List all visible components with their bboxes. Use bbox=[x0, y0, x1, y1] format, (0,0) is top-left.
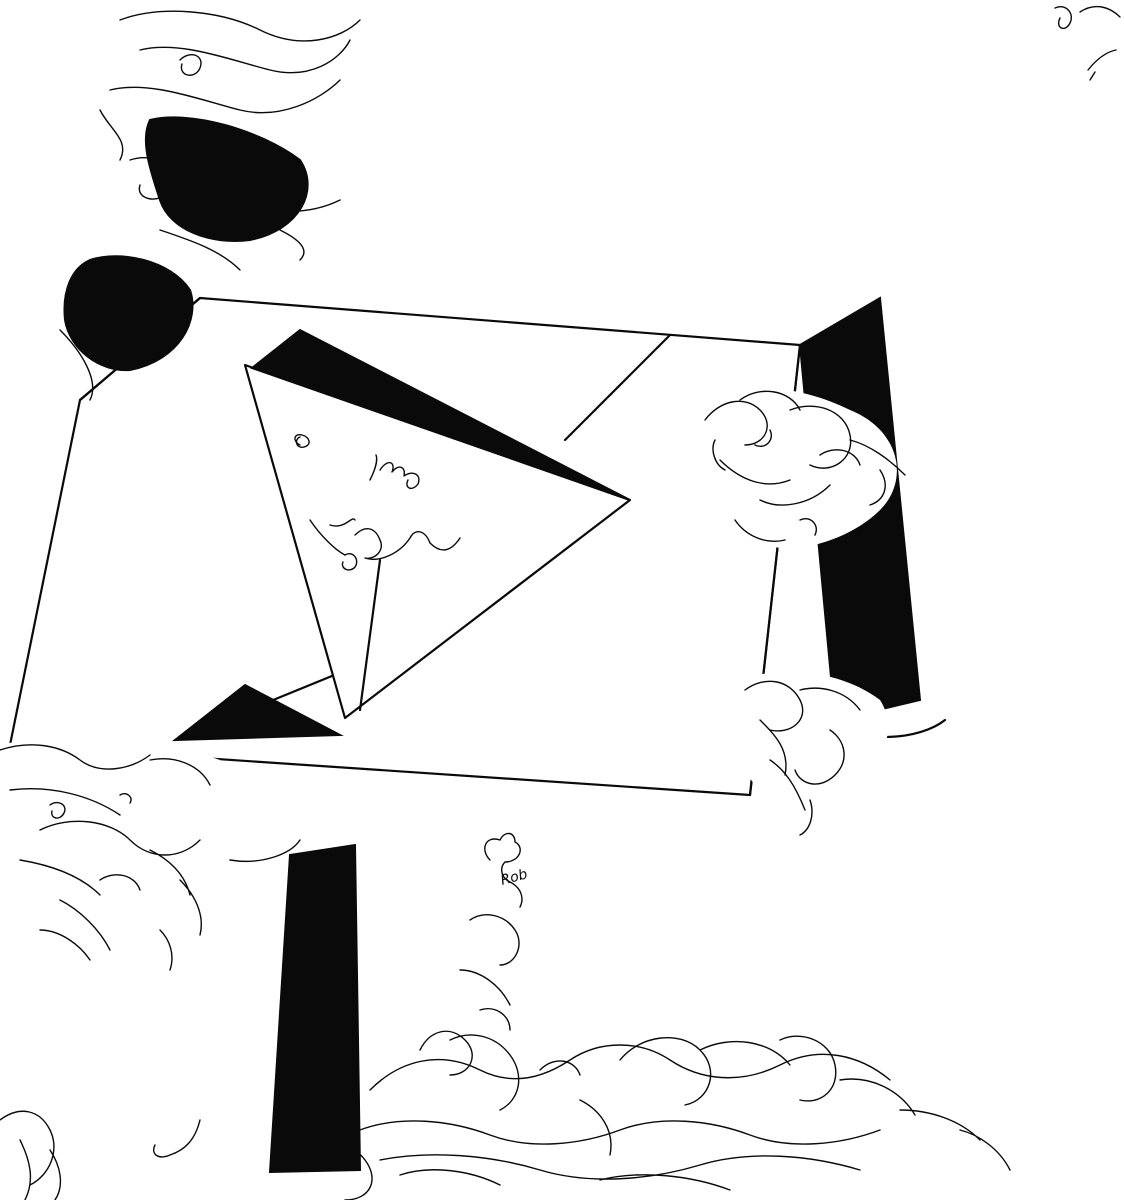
left-foliage-cluster bbox=[0, 737, 300, 970]
envelope-flap bbox=[245, 330, 630, 718]
ground-foliage bbox=[0, 1031, 1010, 1200]
top-right-sketch bbox=[1055, 7, 1120, 80]
left-post bbox=[270, 845, 360, 1172]
center-foliage-cluster: Rob bbox=[450, 833, 529, 1110]
ink-drawing-canvas: Rob bbox=[0, 0, 1124, 1200]
rob-scribble: Rob bbox=[499, 866, 530, 889]
